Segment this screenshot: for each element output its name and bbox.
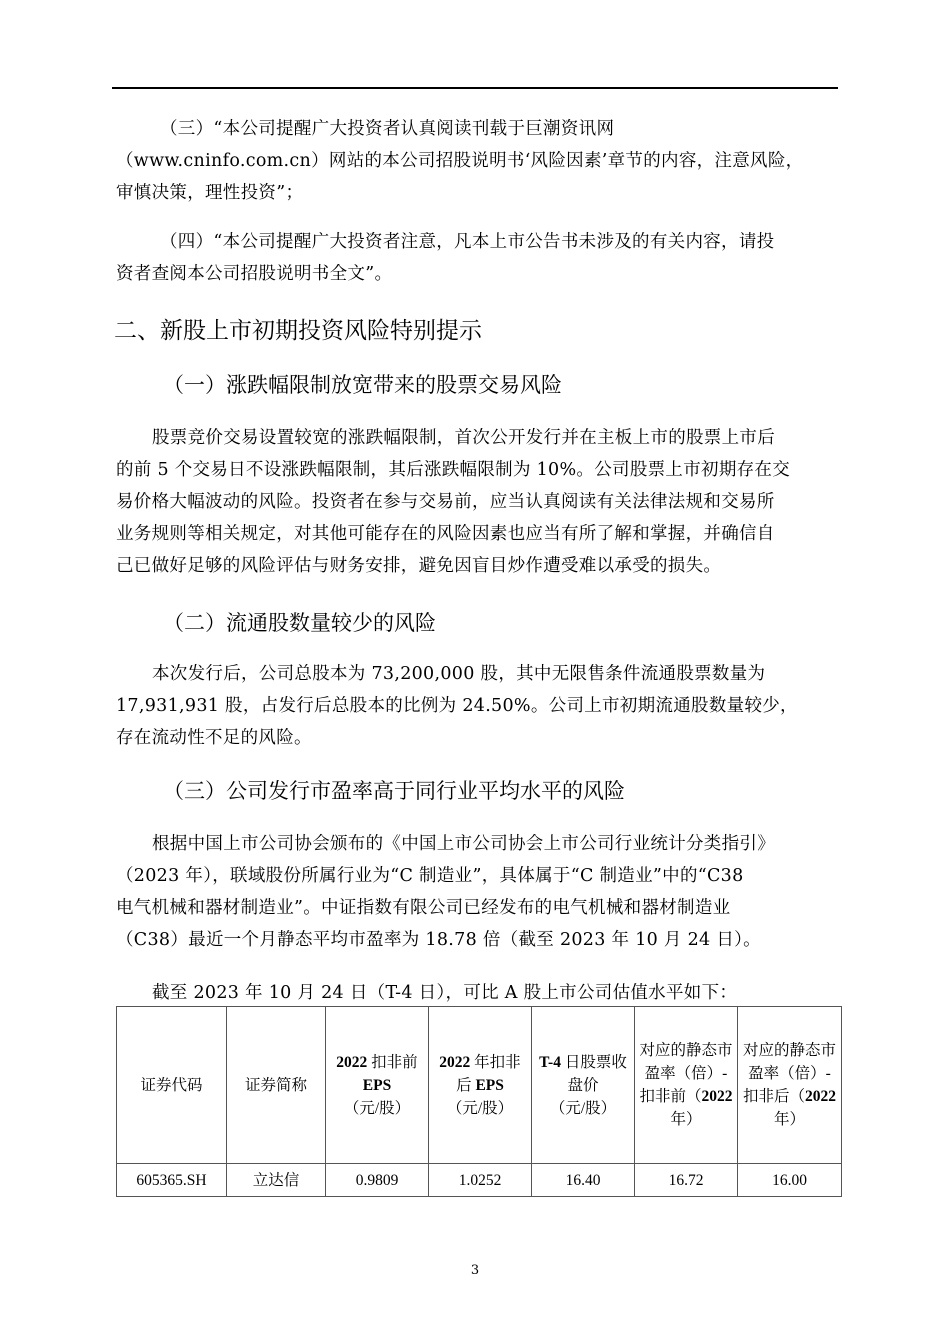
header-bold: 2022 xyxy=(439,1054,470,1071)
header-text: 扣非前 xyxy=(367,1054,417,1071)
text-line: 己已做好足够的风险评估与财务安排，避免因盲目炒作遭受难以承受的损失。 xyxy=(116,550,836,582)
cell-security-code: 605365.SH xyxy=(117,1164,227,1197)
intro-paragraph-3: （三）“本公司提醒广大投资者认真阅读刊载于巨潮资讯网 （www.cninfo.c… xyxy=(116,113,836,209)
subsection-body-2: 本次发行后，公司总股本为 73,200,000 股，其中无限售条件流通股票数量为… xyxy=(116,658,836,754)
header-bold: 2022 xyxy=(336,1054,367,1071)
text-line: 股票竞价交易设置较宽的涨跌幅限制，首次公开发行并在主板上市的股票上市后 xyxy=(116,422,836,454)
intro-paragraph-4: （四）“本公司提醒广大投资者注意，凡本上市公告书未涉及的有关内容，请投 资者查阅… xyxy=(116,226,836,290)
cell-pe-after: 16.00 xyxy=(738,1164,842,1197)
table-caption: 截至 2023 年 10 月 24 日（T-4 日），可比 A 股上市公司估值水… xyxy=(116,980,836,1006)
header-text: 日股票收盘价 xyxy=(561,1054,627,1094)
text-line: （2023 年），联域股份所属行业为“C 制造业”，具体属于“C 制造业”中的“… xyxy=(116,860,836,892)
text-line: 本次发行后，公司总股本为 73,200,000 股，其中无限售条件流通股票数量为 xyxy=(116,658,836,690)
header-security-code: 证券代码 xyxy=(117,1007,227,1164)
header-text: 证券代码 xyxy=(140,1077,202,1094)
header-bold: EPS xyxy=(363,1077,391,1094)
header-text: （元/股） xyxy=(344,1100,410,1117)
subsection-title-1: （一）涨跌幅限制放宽带来的股票交易风险 xyxy=(163,370,562,400)
header-eps-after: 2022 年扣非后 EPS（元/股） xyxy=(429,1007,532,1164)
section-title: 二、新股上市初期投资风险特别提示 xyxy=(114,316,482,346)
cell-eps-after: 1.0252 xyxy=(429,1164,532,1197)
text-line: 根据中国上市公司协会颁布的《中国上市公司协会上市公司行业统计分类指引》 xyxy=(116,828,836,860)
text-line: 截至 2023 年 10 月 24 日（T-4 日），可比 A 股上市公司估值水… xyxy=(116,980,836,1006)
header-security-name: 证券简称 xyxy=(227,1007,326,1164)
header-rule xyxy=(112,87,838,89)
valuation-table: 证券代码 证券简称 2022 扣非前 EPS（元/股） 2022 年扣非后 EP… xyxy=(116,1006,842,1197)
header-bold: 2022 xyxy=(805,1088,836,1105)
text-line: 存在流动性不足的风险。 xyxy=(116,722,836,754)
text-line: 资者查阅本公司招股说明书全文”。 xyxy=(116,258,836,290)
header-pe-after: 对应的静态市盈率（倍）-扣非后（2022年） xyxy=(738,1007,842,1164)
header-bold: EPS xyxy=(475,1077,503,1094)
header-text: 年） xyxy=(670,1111,701,1128)
header-pe-before: 对应的静态市盈率（倍）-扣非前（2022年） xyxy=(635,1007,738,1164)
text-line: 审慎决策，理性投资”； xyxy=(116,177,836,209)
text-line: （www.cninfo.com.cn）网站的本公司招股说明书‘风险因素’章节的内… xyxy=(116,145,836,177)
document-page: （三）“本公司提醒广大投资者认真阅读刊载于巨潮资讯网 （www.cninfo.c… xyxy=(0,0,950,1344)
header-text: （元/股） xyxy=(447,1100,513,1117)
cell-close-price: 16.40 xyxy=(532,1164,635,1197)
text-line: 易价格大幅波动的风险。投资者在参与交易前，应当认真阅读有关法律法规和交易所 xyxy=(116,486,836,518)
text-line: （四）“本公司提醒广大投资者注意，凡本上市公告书未涉及的有关内容，请投 xyxy=(116,226,836,258)
header-bold: T-4 xyxy=(539,1054,561,1071)
cell-pe-before: 16.72 xyxy=(635,1164,738,1197)
text-line: 业务规则等相关规定，对其他可能存在的风险因素也应当有所了解和掌握，并确信自 xyxy=(116,518,836,550)
header-close-price: T-4 日股票收盘价（元/股） xyxy=(532,1007,635,1164)
text-line: 电气机械和器材制造业”。中证指数有限公司已经发布的电气机械和器材制造业 xyxy=(116,892,836,924)
text-line: （C38）最近一个月静态平均市盈率为 18.78 倍（截至 2023 年 10 … xyxy=(116,924,836,956)
subsection-body-3: 根据中国上市公司协会颁布的《中国上市公司协会上市公司行业统计分类指引》 （202… xyxy=(116,828,836,956)
header-eps-before: 2022 扣非前 EPS（元/股） xyxy=(326,1007,429,1164)
table-row: 605365.SH 立达信 0.9809 1.0252 16.40 16.72 … xyxy=(117,1164,842,1197)
cell-security-name: 立达信 xyxy=(227,1164,326,1197)
page-number: 3 xyxy=(0,1263,950,1278)
table-header-row: 证券代码 证券简称 2022 扣非前 EPS（元/股） 2022 年扣非后 EP… xyxy=(117,1007,842,1164)
text-line: 的前 5 个交易日不设涨跌幅限制，其后涨跌幅限制为 10%。公司股票上市初期存在… xyxy=(116,454,836,486)
header-bold: 2022 xyxy=(702,1088,733,1105)
header-text: （元/股） xyxy=(550,1100,616,1117)
subsection-title-3: （三）公司发行市盈率高于同行业平均水平的风险 xyxy=(163,776,625,806)
header-text: 年） xyxy=(774,1111,805,1128)
text-line: （三）“本公司提醒广大投资者认真阅读刊载于巨潮资讯网 xyxy=(116,113,836,145)
cell-eps-before: 0.9809 xyxy=(326,1164,429,1197)
header-text: 证券简称 xyxy=(245,1077,307,1094)
subsection-title-2: （二）流通股数量较少的风险 xyxy=(163,608,436,638)
text-line: 17,931,931 股，占发行后总股本的比例为 24.50%。公司上市初期流通… xyxy=(116,690,836,722)
subsection-body-1: 股票竞价交易设置较宽的涨跌幅限制，首次公开发行并在主板上市的股票上市后 的前 5… xyxy=(116,422,836,582)
